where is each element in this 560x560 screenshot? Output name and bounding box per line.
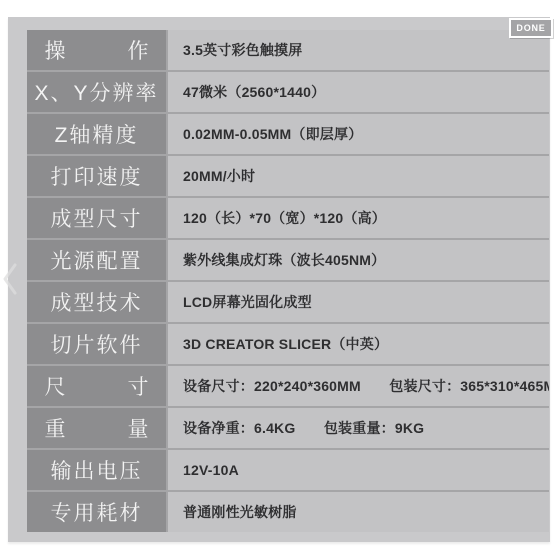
spec-row-header: 专用耗材 (27, 492, 166, 532)
spec-row-header: 成型技术 (27, 282, 166, 322)
spec-label: 成型尺寸 (27, 203, 166, 233)
spec-row-header: 重量 (27, 408, 166, 448)
spec-value: 0.02MM-0.05MM（即层厚） (183, 124, 362, 144)
spec-row-forming-tech: 成型技术 LCD屏幕光固化成型 (27, 282, 549, 322)
spec-row-header: 打印速度 (27, 156, 166, 196)
spec-label: 光源配置 (27, 245, 166, 275)
spec-value: 120（长）*70（宽）*120（高） (183, 208, 386, 228)
spec-row-header: X、Y分辨率 (27, 72, 166, 112)
spec-row-print-speed: 打印速度 20MM/小时 (27, 156, 549, 196)
spec-row-value-cell: 0.02MM-0.05MM（即层厚） (168, 114, 549, 154)
image-viewer-screen: 操作 3.5英寸彩色触摸屏 X、Y分辨率 47微米（2560*1440） Z轴精… (0, 0, 560, 560)
spec-row-z-accuracy: Z轴精度 0.02MM-0.05MM（即层厚） (27, 114, 549, 154)
spec-row-value-cell: 120（长）*70（宽）*120（高） (168, 198, 549, 238)
spec-row-output-voltage: 输出电压 12V-10A (27, 450, 549, 490)
spec-row-value-cell: 3.5英寸彩色触摸屏 (168, 30, 549, 70)
spec-value: 设备净重：6.4KG 包装重量：9KG (183, 418, 424, 438)
spec-value: 20MM/小时 (183, 166, 255, 186)
spec-row-weight: 重量 设备净重：6.4KG 包装重量：9KG (27, 408, 549, 448)
spec-label: 成型技术 (27, 287, 166, 317)
spec-row-value-cell: 20MM/小时 (168, 156, 549, 196)
spec-row-value-cell: 设备净重：6.4KG 包装重量：9KG (168, 408, 549, 448)
spec-table: 操作 3.5英寸彩色触摸屏 X、Y分辨率 47微米（2560*1440） Z轴精… (27, 30, 549, 532)
spec-row-value-cell: 设备尺寸：220*240*360MM 包装尺寸：365*310*465MM (168, 366, 549, 406)
spec-row-header: 光源配置 (27, 240, 166, 280)
spec-row-light-source: 光源配置 紫外线集成灯珠（波长405NM） (27, 240, 549, 280)
spec-row-dimensions: 尺寸 设备尺寸：220*240*360MM 包装尺寸：365*310*465MM (27, 366, 549, 406)
spec-value: 紫外线集成灯珠（波长405NM） (183, 250, 385, 270)
spec-row-consumable: 专用耗材 普通刚性光敏树脂 (27, 492, 549, 532)
spec-row-value-cell: 47微米（2560*1440） (168, 72, 549, 112)
spec-value: 普通刚性光敏树脂 (183, 502, 297, 522)
spec-value: 47微米（2560*1440） (183, 82, 325, 102)
spec-row-header: 输出电压 (27, 450, 166, 490)
done-button[interactable]: DONE (509, 18, 553, 38)
carousel-prev-button[interactable] (1, 260, 19, 298)
spec-value: 3D CREATOR SLICER（中英） (183, 334, 388, 354)
spec-label: 输出电压 (27, 455, 166, 485)
spec-row-header: 操作 (27, 30, 166, 70)
spec-label: 打印速度 (27, 161, 166, 191)
spec-row-value-cell: LCD屏幕光固化成型 (168, 282, 549, 322)
spec-label: 操作 (45, 35, 149, 65)
spec-label: 专用耗材 (27, 497, 166, 527)
spec-label: 重量 (45, 413, 149, 443)
spec-row-operation: 操作 3.5英寸彩色触摸屏 (27, 30, 549, 70)
spec-row-header: 切片软件 (27, 324, 166, 364)
spec-sheet-panel: 操作 3.5英寸彩色触摸屏 X、Y分辨率 47微米（2560*1440） Z轴精… (8, 17, 550, 542)
spec-label: X、Y分辨率 (27, 77, 166, 107)
spec-row-header: 尺寸 (27, 366, 166, 406)
spec-row-build-size: 成型尺寸 120（长）*70（宽）*120（高） (27, 198, 549, 238)
spec-row-value-cell: 普通刚性光敏树脂 (168, 492, 549, 532)
spec-value: LCD屏幕光固化成型 (183, 292, 312, 312)
spec-label: 切片软件 (27, 329, 166, 359)
spec-row-header: 成型尺寸 (27, 198, 166, 238)
spec-label: Z轴精度 (27, 119, 166, 149)
spec-value: 12V-10A (183, 462, 239, 478)
spec-row-header: Z轴精度 (27, 114, 166, 154)
spec-row-slicer-software: 切片软件 3D CREATOR SLICER（中英） (27, 324, 549, 364)
spec-row-value-cell: 12V-10A (168, 450, 549, 490)
spec-row-value-cell: 3D CREATOR SLICER（中英） (168, 324, 549, 364)
spec-label: 尺寸 (45, 371, 149, 401)
spec-row-value-cell: 紫外线集成灯珠（波长405NM） (168, 240, 549, 280)
spec-value: 设备尺寸：220*240*360MM 包装尺寸：365*310*465MM (183, 376, 549, 396)
spec-row-xy-resolution: X、Y分辨率 47微米（2560*1440） (27, 72, 549, 112)
chevron-left-icon (2, 262, 18, 296)
spec-value: 3.5英寸彩色触摸屏 (183, 40, 302, 60)
